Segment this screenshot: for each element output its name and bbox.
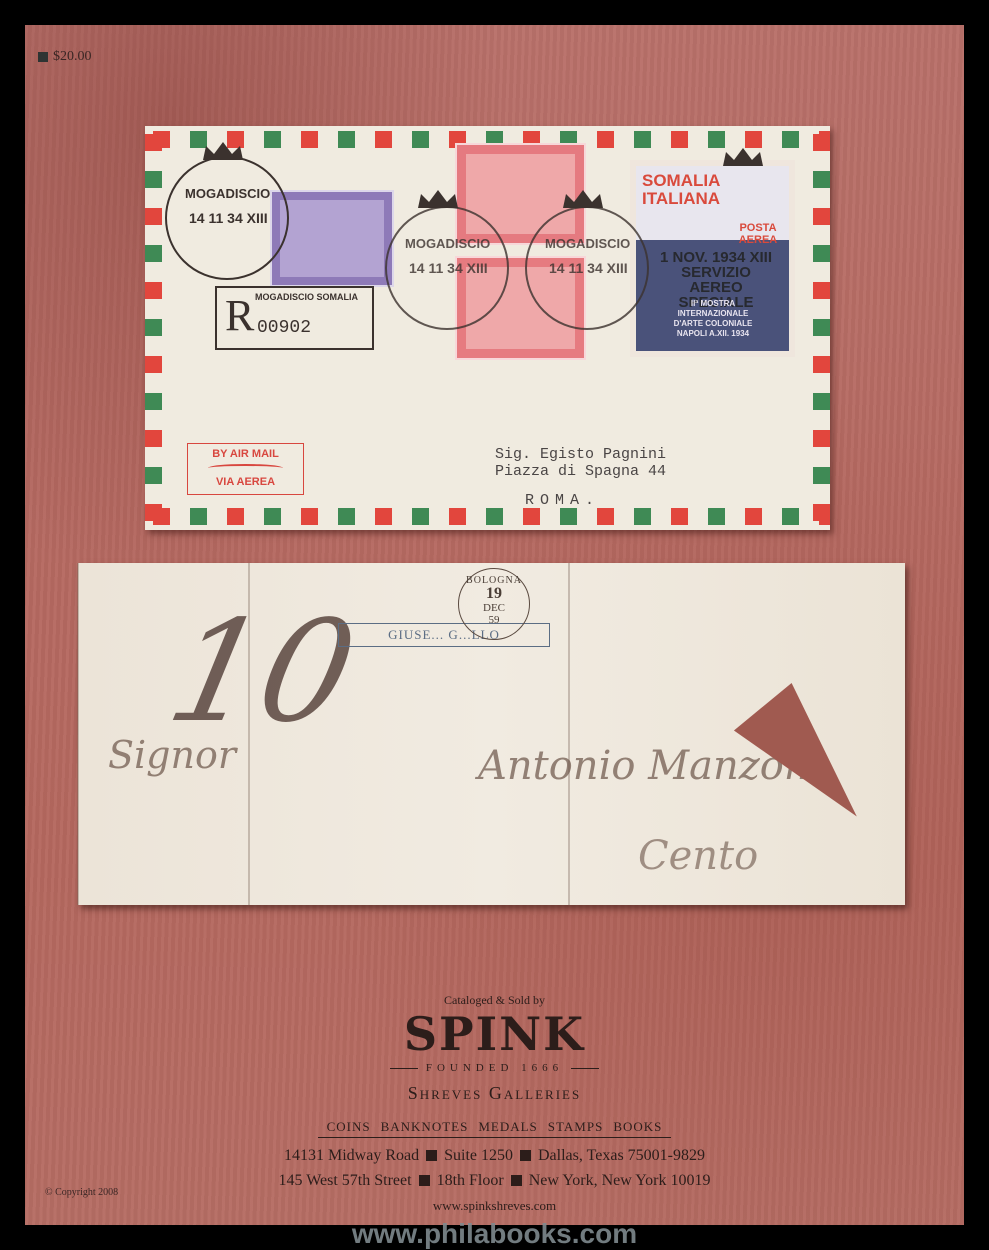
category-item: MEDALS xyxy=(478,1119,537,1134)
address-line1: Sig. Egisto Pagnini xyxy=(495,446,666,463)
border-tick xyxy=(737,508,774,525)
border-tick xyxy=(552,508,589,525)
copyright-text: © Copyright 2008 xyxy=(45,1187,118,1198)
postmark-city: MOGADISCIO xyxy=(185,186,270,201)
airmail-label: BY AIR MAIL VIA AEREA xyxy=(187,443,304,495)
border-tick xyxy=(774,508,811,525)
border-tick xyxy=(813,274,830,311)
price-label: $20.00 xyxy=(38,49,92,65)
postmark-month: DEC xyxy=(459,602,529,614)
address-line2: Piazza di Spagna 44 xyxy=(495,463,666,480)
square-bullet-icon xyxy=(38,52,48,62)
postmark-date: 14 11 34 XIII xyxy=(189,210,268,226)
stamp-posta-aerea: POSTA AEREA xyxy=(733,222,783,246)
folded-letter: 10 Signor Antonio Manzoni Cento GIUSE...… xyxy=(78,563,905,905)
border-tick xyxy=(293,131,330,148)
border-tick xyxy=(589,131,626,148)
airmail-line1: BY AIR MAIL xyxy=(188,448,303,460)
border-tick xyxy=(404,508,441,525)
postmark-date: 14 11 34 XIII xyxy=(549,260,628,276)
envelope-border-right xyxy=(813,126,830,530)
border-tick xyxy=(145,385,162,422)
envelope-border-bottom xyxy=(145,508,830,525)
border-tick xyxy=(145,459,162,496)
border-tick xyxy=(813,348,830,385)
founded-text: FOUNDED 1666 xyxy=(25,1062,964,1074)
square-bullet-icon xyxy=(426,1150,437,1161)
border-tick xyxy=(145,237,162,274)
spink-logo: SPINK xyxy=(25,1010,964,1058)
address-dallas: 14131 Midway RoadSuite 1250Dallas, Texas… xyxy=(25,1147,964,1165)
border-tick xyxy=(404,131,441,148)
postmark-date: 14 11 34 XIII xyxy=(409,260,488,276)
border-tick xyxy=(367,508,404,525)
recipient-address: Sig. Egisto Pagnini Piazza di Spagna 44 … xyxy=(495,446,666,509)
border-tick xyxy=(441,508,478,525)
postmark-city: MOGADISCIO xyxy=(405,236,490,251)
crown-icon xyxy=(560,186,606,212)
border-tick xyxy=(813,422,830,459)
crown-icon xyxy=(720,144,766,170)
border-tick xyxy=(367,131,404,148)
registration-letter: R xyxy=(225,294,254,338)
watermark-text: www.philabooks.com xyxy=(25,1218,964,1250)
crown-icon xyxy=(415,186,461,212)
category-item: STAMPS xyxy=(548,1119,604,1134)
registration-office: MOGADISCIO SOMALIA xyxy=(255,292,358,302)
address-city: ROMA. xyxy=(525,492,666,509)
border-tick xyxy=(589,508,626,525)
address-floor: 18th Floor xyxy=(437,1172,504,1189)
category-list: COINSBANKNOTESMEDALSSTAMPSBOOKS xyxy=(25,1119,964,1138)
founded-label: FOUNDED 1666 xyxy=(382,1062,607,1074)
border-tick xyxy=(515,508,552,525)
border-tick xyxy=(145,200,162,237)
address-newyork: 145 West 57th Street18th FloorNew York, … xyxy=(25,1172,964,1190)
category-item: BOOKS xyxy=(613,1119,662,1134)
stamp-caption: IIª MOSTRA INTERNAZIONALE D'ARTE COLONIA… xyxy=(668,299,758,339)
registration-label: R MOGADISCIO SOMALIA 00902 xyxy=(215,286,374,350)
square-bullet-icon xyxy=(511,1175,522,1186)
border-tick xyxy=(256,508,293,525)
postmark: MOGADISCIO 14 11 34 XIII xyxy=(385,206,509,330)
border-tick xyxy=(700,508,737,525)
border-tick xyxy=(145,311,162,348)
category-item: BANKNOTES xyxy=(381,1119,469,1134)
airmail-envelope: SOMALIA ITALIANA POSTA AEREA 1 NOV. 1934… xyxy=(145,126,830,530)
address-street: 145 West 57th Street xyxy=(279,1172,412,1189)
border-tick xyxy=(330,508,367,525)
fold-line xyxy=(77,563,79,905)
border-tick xyxy=(813,311,830,348)
stamp-purple-hippo xyxy=(270,190,394,287)
envelope-border-left xyxy=(145,126,162,530)
border-tick xyxy=(330,131,367,148)
script-town: Cento xyxy=(638,833,758,879)
catalog-cover: $20.00 SOMALIA ITALIANA POSTA AEREA 1 NO… xyxy=(25,25,964,1225)
postmark: MOGADISCIO 14 11 34 XIII xyxy=(165,156,289,280)
address-suite: Suite 1250 xyxy=(444,1147,513,1164)
border-tick xyxy=(774,131,811,148)
border-tick xyxy=(219,508,256,525)
address-street: 14131 Midway Road xyxy=(284,1147,419,1164)
address-city: Dallas, Texas 75001-9829 xyxy=(538,1147,705,1164)
border-tick xyxy=(813,126,830,163)
border-tick xyxy=(293,508,330,525)
square-bullet-icon xyxy=(520,1150,531,1161)
border-tick xyxy=(663,131,700,148)
border-tick xyxy=(813,496,830,530)
border-tick xyxy=(663,508,700,525)
border-tick xyxy=(813,459,830,496)
border-tick xyxy=(256,131,293,148)
border-tick xyxy=(813,200,830,237)
border-tick xyxy=(145,496,162,530)
airmail-line2: VIA AEREA xyxy=(188,476,303,488)
border-tick xyxy=(145,348,162,385)
border-tick xyxy=(626,508,663,525)
border-tick xyxy=(145,163,162,200)
crown-icon xyxy=(200,138,246,164)
square-bullet-icon xyxy=(419,1175,430,1186)
postmark-year: 59 xyxy=(459,614,529,626)
bisected-stamp xyxy=(734,671,898,816)
postmark: MOGADISCIO 14 11 34 XIII xyxy=(525,206,649,330)
address-city: New York, New York 10019 xyxy=(529,1172,711,1189)
border-tick xyxy=(813,385,830,422)
category-item: COINS xyxy=(327,1119,371,1134)
fold-line xyxy=(568,563,570,905)
shreves-galleries-text: Shreves Galleries xyxy=(25,1083,964,1104)
cataloged-by-text: Cataloged & Sold by xyxy=(25,993,964,1008)
border-tick xyxy=(145,126,162,163)
wings-icon xyxy=(208,464,283,472)
stamp-title: SOMALIA ITALIANA xyxy=(642,172,732,208)
website-link[interactable]: www.spinkshreves.com xyxy=(25,1198,964,1214)
circular-postmark: BOLOGNA 19 DEC 59 xyxy=(458,568,530,640)
border-tick xyxy=(145,422,162,459)
border-tick xyxy=(182,508,219,525)
border-tick xyxy=(145,274,162,311)
border-tick xyxy=(813,237,830,274)
rate-mark: 10 xyxy=(158,603,366,743)
border-tick xyxy=(813,163,830,200)
stamp-blue-airmail: SOMALIA ITALIANA POSTA AEREA 1 NOV. 1934… xyxy=(630,160,795,357)
postmark-day: 19 xyxy=(459,586,529,602)
script-salutation: Signor xyxy=(108,733,236,777)
registration-number: 00902 xyxy=(257,318,311,338)
border-tick xyxy=(626,131,663,148)
postmark-city: MOGADISCIO xyxy=(545,236,630,251)
price-text: $20.00 xyxy=(53,49,92,65)
border-tick xyxy=(478,508,515,525)
